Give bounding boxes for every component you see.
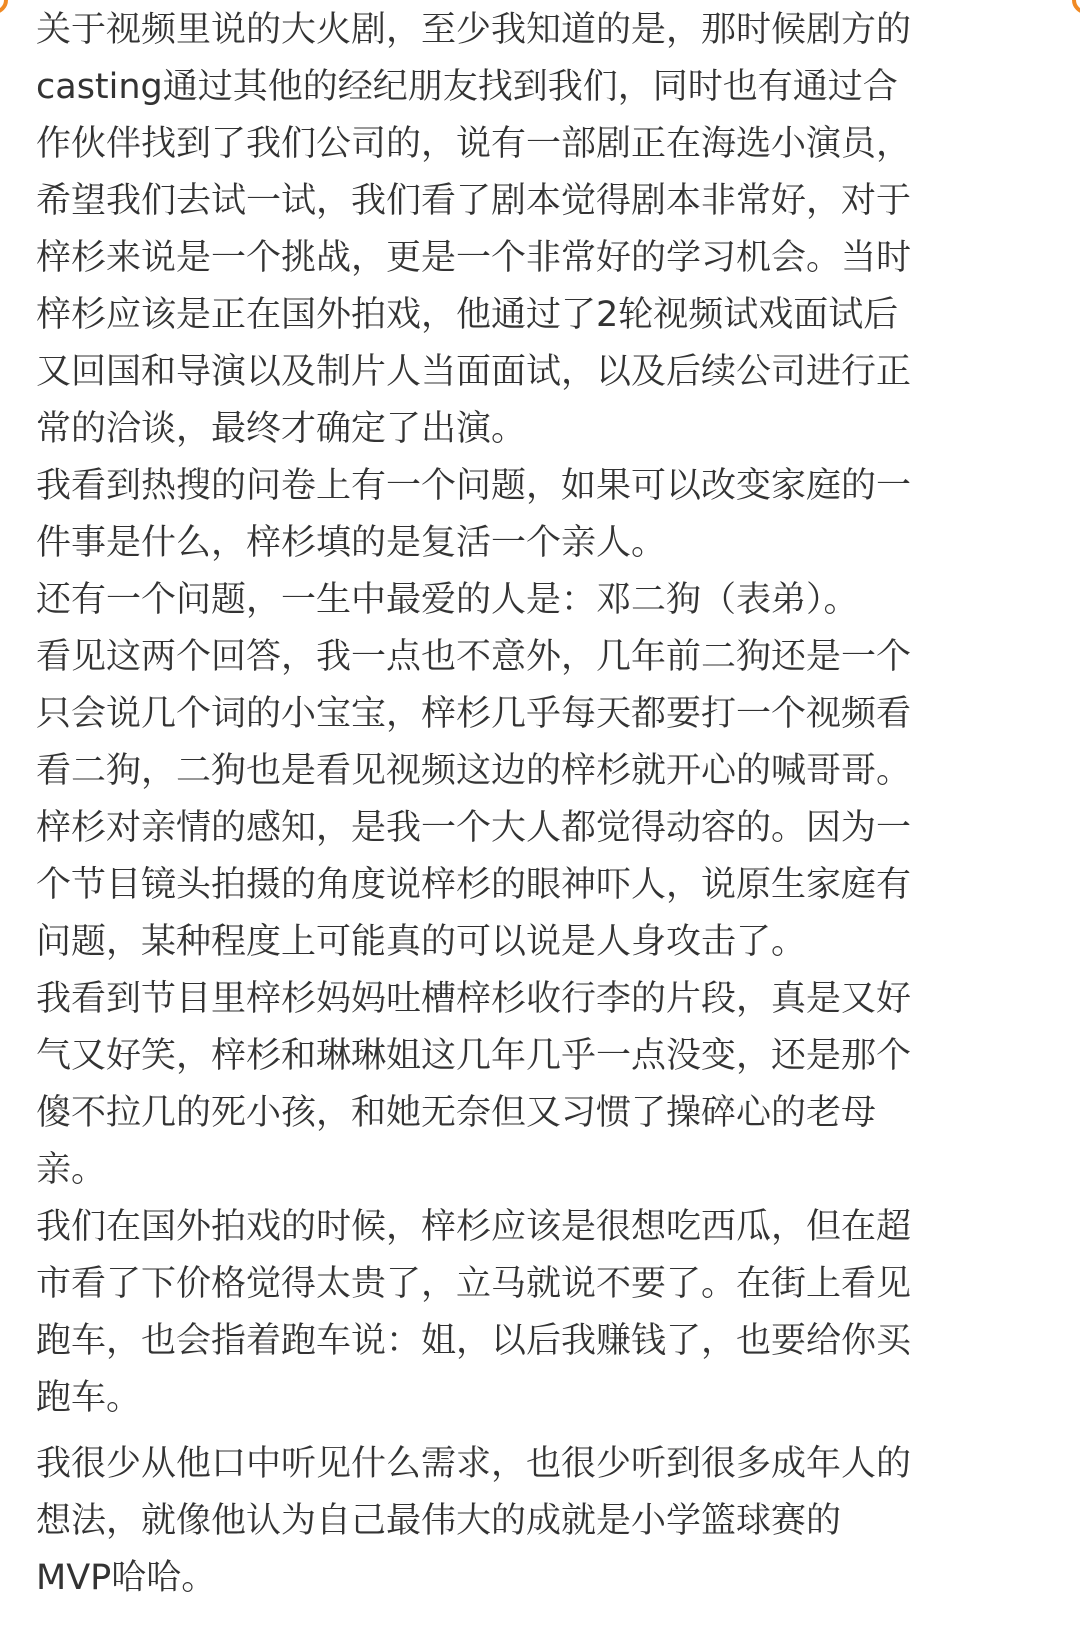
text-line: 跑车。: [36, 1376, 141, 1420]
text-line: casting通过其他的经纪朋友找到我们，同时也有通过合: [36, 65, 898, 109]
text-line: 我看到节目里梓杉妈妈吐槽梓杉收行李的片段，真是又好: [36, 977, 911, 1021]
text-line: 我们在国外拍戏的时候，梓杉应该是很想吃西瓜，但在超: [36, 1205, 911, 1249]
text-line: 跑车，也会指着跑车说：姐，以后我赚钱了，也要给你买: [36, 1319, 911, 1363]
text-line: 想法，就像他认为自己最伟大的成就是小学篮球赛的: [36, 1499, 841, 1543]
text-line: 梓杉应该是正在国外拍戏，他通过了2轮视频试戏面试后: [36, 293, 898, 337]
corner-accent-left: [0, 0, 8, 14]
text-line: 只会说几个词的小宝宝，梓杉几乎每天都要打一个视频看: [36, 692, 911, 736]
text-line: 梓杉对亲情的感知，是我一个大人都觉得动容的。因为一: [36, 806, 911, 850]
text-line: 傻不拉几的死小孩，和她无奈但又习惯了操碎心的老母: [36, 1091, 876, 1135]
text-line: 希望我们去试一试，我们看了剧本觉得剧本非常好，对于: [36, 179, 911, 223]
text-line: 常的洽谈，最终才确定了出演。: [36, 407, 526, 451]
corner-accent-right: [1072, 0, 1080, 14]
text-line: 看见这两个回答，我一点也不意外，几年前二狗还是一个: [36, 635, 911, 679]
text-line: 我很少从他口中听见什么需求，也很少听到很多成年人的: [36, 1442, 911, 1486]
text-line: 作伙伴找到了我们公司的，说有一部剧正在海选小演员，: [36, 122, 911, 166]
text-line: 问题，某种程度上可能真的可以说是人身攻击了。: [36, 920, 806, 964]
text-line: 还有一个问题，一生中最爱的人是：邓二狗（表弟）。: [36, 578, 859, 622]
text-line: 看二狗，二狗也是看见视频这边的梓杉就开心的喊哥哥。: [36, 749, 911, 793]
text-line: 个节目镜头拍摄的角度说梓杉的眼神吓人，说原生家庭有: [36, 863, 911, 907]
text-line: 关于视频里说的大火剧，至少我知道的是，那时候剧方的: [36, 8, 911, 52]
text-line: 我看到热搜的问卷上有一个问题，如果可以改变家庭的一: [36, 464, 911, 508]
text-line: 亲。: [36, 1148, 106, 1192]
text-line: MVP哈哈。: [36, 1556, 216, 1600]
text-line: 又回国和导演以及制片人当面面试，以及后续公司进行正: [36, 350, 911, 394]
text-line: 气又好笑，梓杉和琳琳姐这几年几乎一点没变，还是那个: [36, 1034, 911, 1078]
text-line: 梓杉来说是一个挑战，更是一个非常好的学习机会。当时: [36, 236, 911, 280]
text-line: 市看了下价格觉得太贵了，立马就说不要了。在街上看见: [36, 1262, 911, 1306]
text-line: 件事是什么，梓杉填的是复活一个亲人。: [36, 521, 666, 565]
